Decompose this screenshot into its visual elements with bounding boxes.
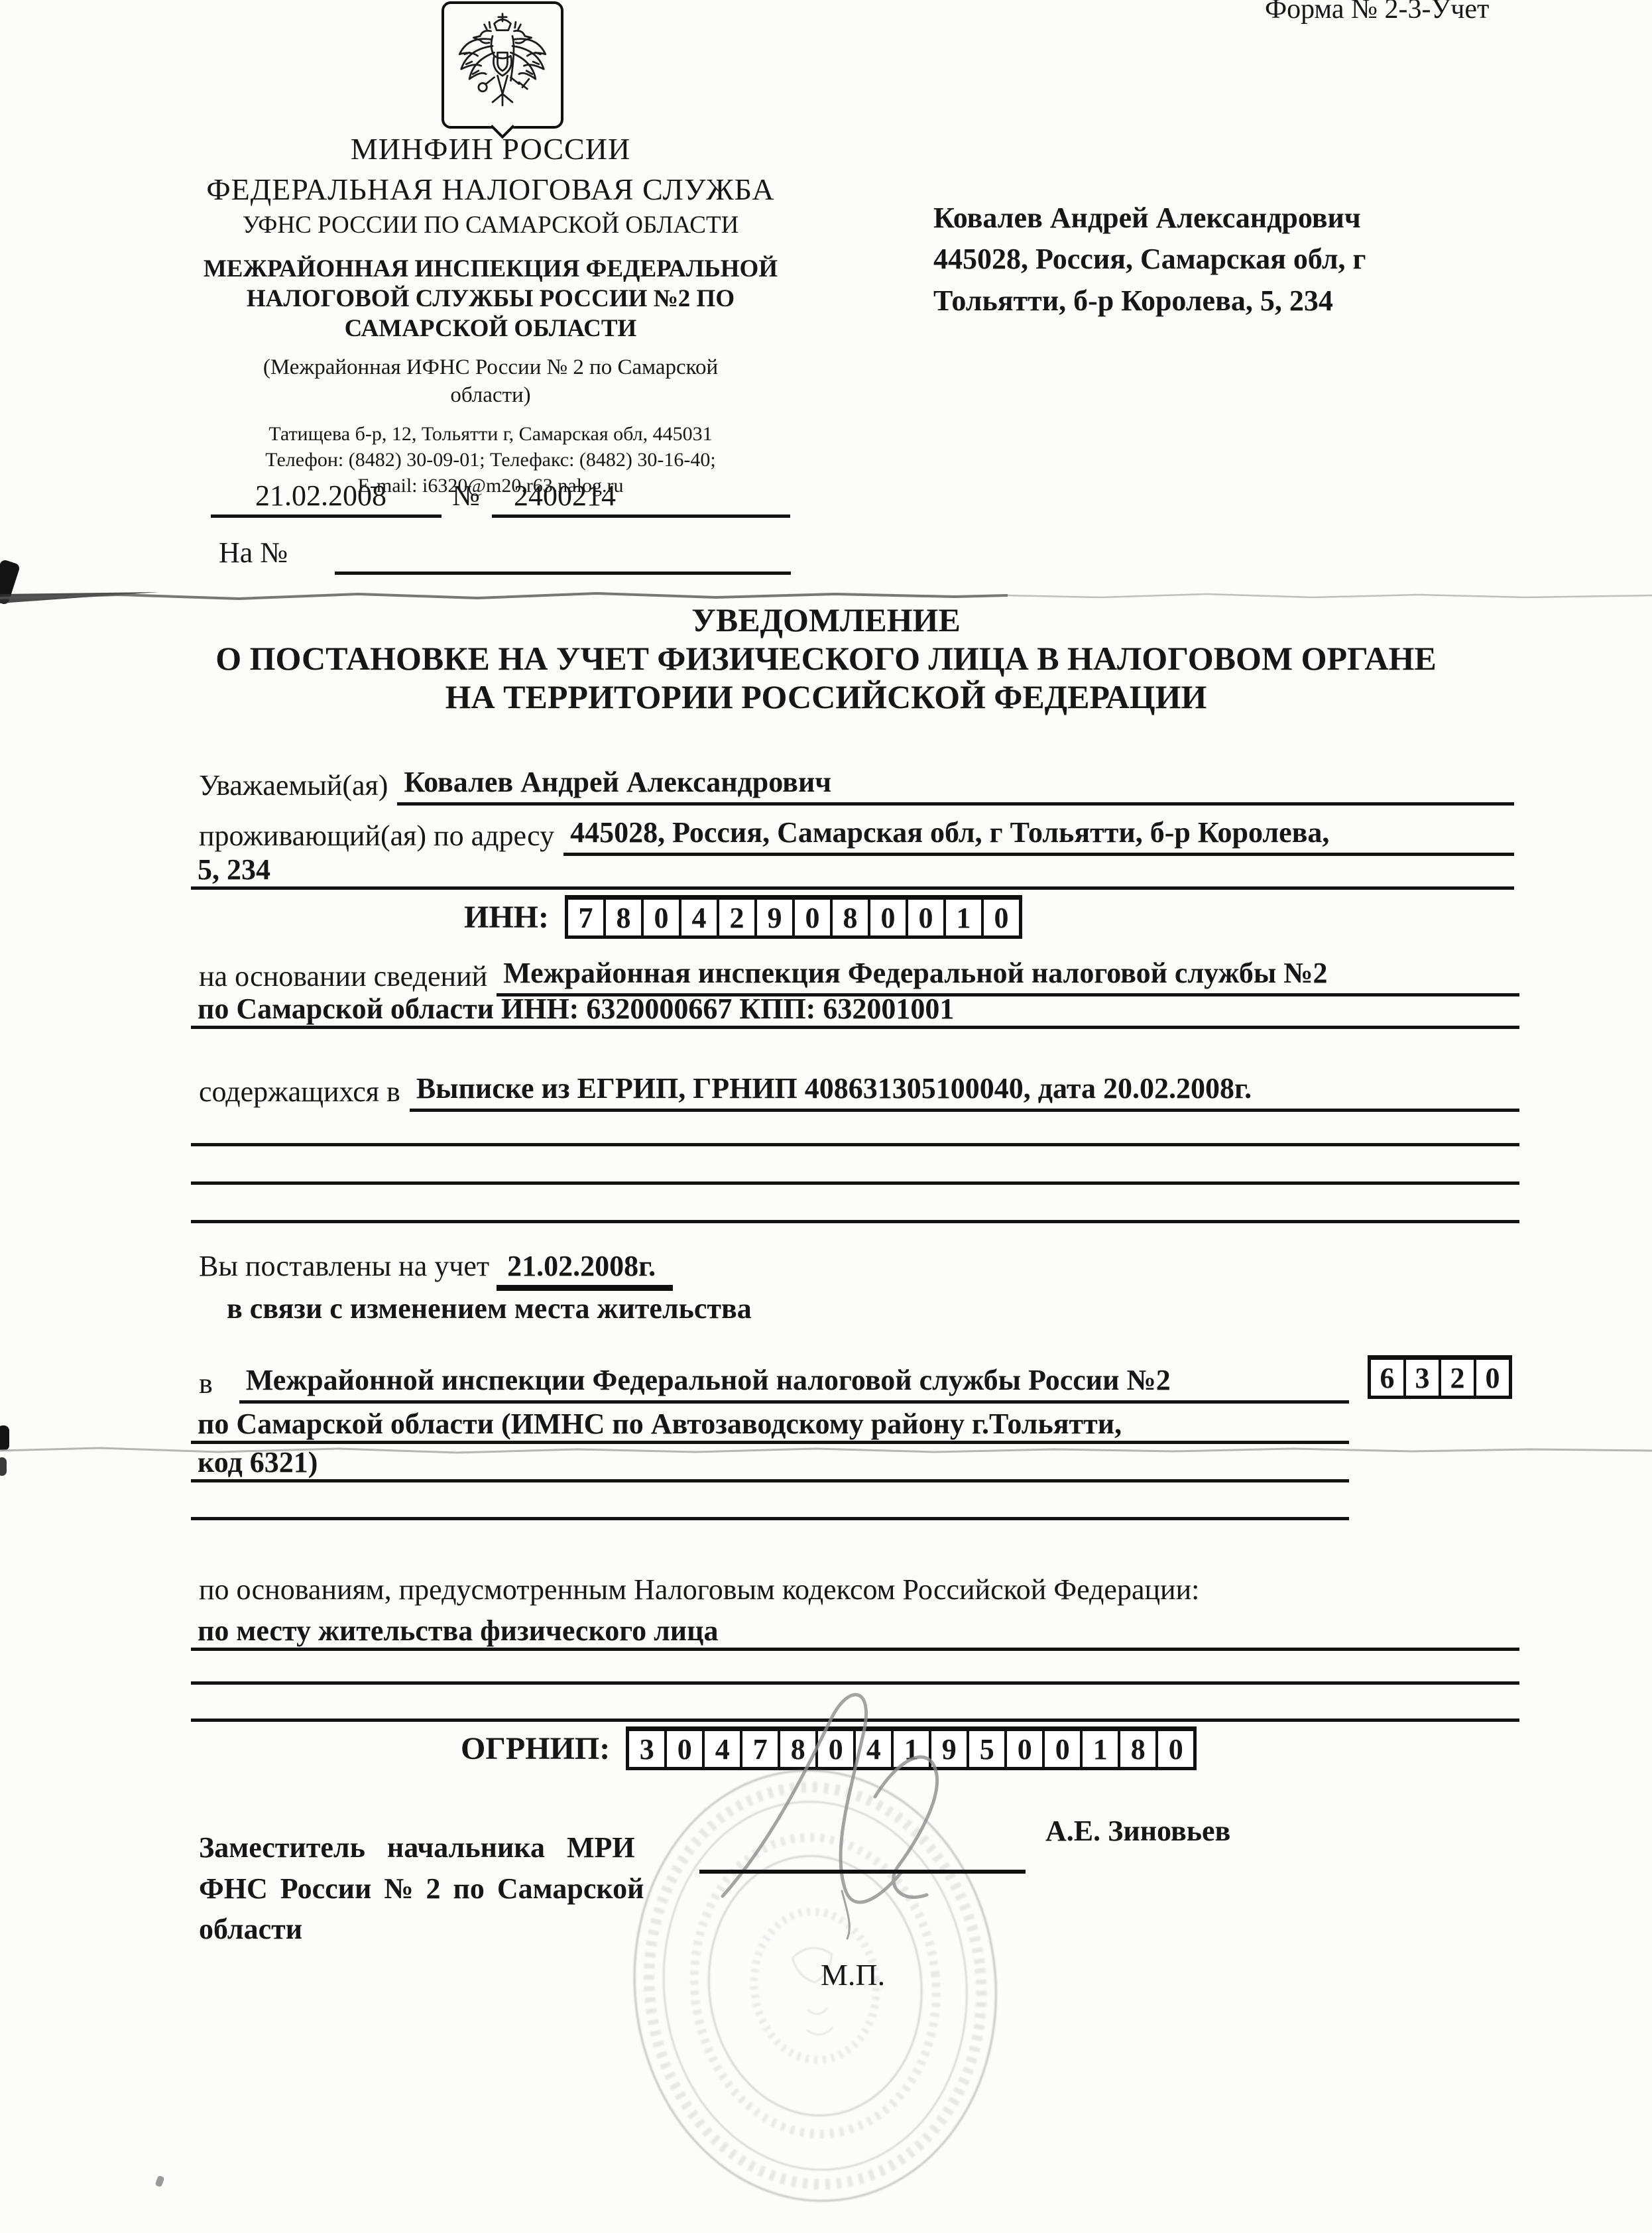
inn-digit-boxes: 7 8 0 4 2 9 0 8 0 0 1 0 — [565, 895, 1022, 939]
grounds-value: по месту жительства физического лица — [191, 1615, 731, 1651]
title-line-2: О ПОСТАНОВКЕ НА УЧЕТ ФИЗИЧЕСКОГО ЛИЦА В … — [0, 639, 1652, 678]
letterhead-ministry: МИНФИН РОССИИ — [166, 131, 815, 166]
contained-underline-fill — [1264, 1109, 1519, 1112]
doc-number-underline — [492, 479, 790, 518]
inspection-underline-3 — [191, 1479, 1349, 1482]
contained-value: Выписке из ЕГРИП, ГРНИП 408631305100040,… — [410, 1073, 1264, 1112]
code-digit: 3 — [1403, 1360, 1439, 1396]
reply-to-underline — [335, 536, 791, 575]
basis-value-2: по Самарской области ИНН: 6320000667 КПП… — [191, 993, 966, 1029]
inn-digit: 8 — [603, 900, 641, 935]
recipient-block: Ковалев Андрей Александрович 445028, Рос… — [933, 198, 1450, 322]
in-label: в — [199, 1368, 239, 1404]
ogrnip-digit: 1 — [1080, 1731, 1118, 1767]
scan-fold-artifact-middle — [0, 1443, 1652, 1459]
basis-line: на основании сведений Межрайонная инспек… — [199, 957, 1519, 996]
letterhead-phone: Телефон: (8482) 30-09-01; Телефакс: (848… — [166, 447, 815, 473]
inspection-underline-fill — [1183, 1400, 1349, 1404]
blank-line — [191, 1191, 1519, 1223]
grounds-underline — [191, 1648, 1519, 1651]
doc-date-underline — [211, 479, 442, 518]
code-digit: 2 — [1439, 1360, 1474, 1396]
signer-position-line-3: области — [199, 1909, 676, 1950]
residing-line: проживающий(ая) по адресу 445028, Россия… — [199, 817, 1514, 856]
letterhead-service: ФЕДЕРАЛЬНАЯ НАЛОГОВАЯ СЛУЖБА — [166, 172, 815, 207]
inn-digit: 0 — [981, 900, 1019, 935]
document-title: УВЕДОМЛЕНИЕ О ПОСТАНОВКЕ НА УЧЕТ ФИЗИЧЕС… — [0, 601, 1652, 716]
scan-edge-mark — [0, 1457, 7, 1476]
blank-line — [191, 1152, 1519, 1185]
letterhead-address: Татищева б-р, 12, Тольятти г, Самарская … — [166, 421, 815, 447]
salutation-label: Уважаемый(ая) — [199, 770, 397, 806]
emblem-frame — [442, 1, 563, 129]
inspection-line-2: НАЛОГОВОЙ СЛУЖБЫ РОССИИ №2 ПО — [166, 284, 815, 314]
ogrnip-label: ОГРНИП: — [461, 1730, 610, 1767]
reply-to-label: На № — [219, 536, 288, 570]
salutation-line: Уважаемый(ая) Ковалев Андрей Александров… — [199, 766, 1514, 806]
basis-value-1: Межрайонная инспекция Федеральной налого… — [497, 957, 1339, 996]
recipient-name: Ковалев Андрей Александрович — [933, 198, 1450, 239]
code-digit: 0 — [1474, 1360, 1509, 1396]
signer-position-line-1: Заместитель начальника МРИ — [199, 1827, 676, 1868]
contained-line: содержащихся в Выписке из ЕГРИП, ГРНИП 4… — [199, 1073, 1519, 1112]
inspection-line-3: САМАРСКОЙ ОБЛАСТИ — [166, 314, 815, 343]
signature — [676, 1671, 1047, 1949]
residing-value: 445028, Россия, Самарская обл, г Тольятт… — [563, 817, 1341, 856]
letterhead: МИНФИН РОССИИ ФЕДЕРАЛЬНАЯ НАЛОГОВАЯ СЛУЖ… — [166, 131, 815, 499]
residing-label: проживающий(ая) по адресу — [199, 820, 563, 856]
ogrnip-digit: 3 — [629, 1731, 664, 1767]
inn-digit: 8 — [830, 900, 868, 935]
inn-digit: 4 — [679, 900, 717, 935]
recipient-address-line2: Тольятти, б-р Королева, 5, 234 — [933, 280, 1450, 322]
signer-position: Заместитель начальника МРИ ФНС России № … — [199, 1827, 676, 1950]
inn-digit: 9 — [754, 900, 792, 935]
letterhead-inspection-name: МЕЖРАЙОННАЯ ИНСПЕКЦИЯ ФЕДЕРАЛЬНОЙ НАЛОГО… — [166, 254, 815, 343]
basis-label: на основании сведений — [199, 961, 497, 996]
title-line-3: НА ТЕРРИТОРИИ РОССИЙСКОЙ ФЕДЕРАЦИИ — [0, 678, 1652, 716]
stamp-place-label: М.П. — [821, 1957, 885, 1992]
inn-digit: 0 — [906, 900, 943, 935]
inn-digit: 7 — [568, 900, 603, 935]
inn-digit: 1 — [943, 900, 981, 935]
registered-line: Вы поставлены на учет 21.02.2008г. — [199, 1249, 673, 1283]
inspection-value-1: Межрайонной инспекции Федеральной налого… — [239, 1364, 1183, 1404]
inn-digit: 0 — [868, 900, 906, 935]
residing-line-2: 5, 234 — [191, 854, 1514, 890]
salutation-underline-fill — [843, 802, 1514, 806]
registration-reason: в связи с изменением места жительства — [227, 1292, 752, 1325]
residing-underline-2 — [191, 886, 1514, 890]
registered-label: Вы поставлены на учет — [199, 1250, 489, 1282]
salutation-value: Ковалев Андрей Александрович — [397, 766, 843, 806]
code-digit: 6 — [1371, 1360, 1403, 1396]
inspection-line-2: по Самарской области (ИМНС по Автозаводс… — [191, 1408, 1349, 1444]
inspection-value-2: по Самарской области (ИМНС по Автозаводс… — [191, 1408, 1134, 1444]
coat-of-arms-icon — [453, 11, 552, 119]
inspection-short-line-2: области) — [166, 382, 815, 409]
inn-digit: 0 — [792, 900, 830, 935]
signature-line — [699, 1837, 1026, 1874]
form-number-label: Форма № 2-3-Учет — [1265, 0, 1489, 25]
grounds-line: по месту жительства физического лица — [191, 1615, 1519, 1651]
inn-digit: 0 — [641, 900, 679, 935]
ogrnip-digit: 0 — [1042, 1731, 1080, 1767]
ogrnip-digit: 0 — [1155, 1731, 1193, 1767]
basis-line-2: по Самарской области ИНН: 6320000667 КПП… — [191, 993, 1519, 1029]
signer-position-line-2: ФНС России № 2 по Самарской — [199, 1868, 676, 1909]
inn-field: ИНН: 7 8 0 4 2 9 0 8 0 0 1 0 — [464, 895, 1022, 939]
blank-line — [191, 1114, 1519, 1146]
scan-speck — [155, 2175, 165, 2187]
basis-underline-2 — [191, 1026, 1519, 1029]
title-line-1: УВЕДОМЛЕНИЕ — [0, 601, 1652, 639]
residing-value-2: 5, 234 — [191, 854, 282, 890]
tax-office-code-boxes: 6 3 2 0 — [1368, 1355, 1512, 1399]
scanned-document-page: Форма № 2-3-Учет МИНФИН РОССИ — [0, 0, 1652, 2233]
letterhead-inspection-short: (Межрайонная ИФНС России № 2 по Самарско… — [166, 354, 815, 409]
inn-label: ИНН: — [464, 899, 549, 935]
letterhead-ufns: УФНС РОССИИ ПО САМАРСКОЙ ОБЛАСТИ — [166, 211, 815, 239]
recipient-address-line1: 445028, Россия, Самарская обл, г — [933, 239, 1450, 280]
number-sign: № — [452, 479, 480, 513]
inn-digit: 2 — [717, 900, 754, 935]
signer-name: А.Е. Зиновьев — [1045, 1814, 1230, 1848]
inspection-short-line-1: (Межрайонная ИФНС России № 2 по Самарско… — [166, 354, 815, 381]
blank-line — [191, 1488, 1349, 1520]
inspection-line-1: МЕЖРАЙОННАЯ ИНСПЕКЦИЯ ФЕДЕРАЛЬНОЙ — [166, 254, 815, 284]
inspection-line: в Межрайонной инспекции Федеральной нало… — [199, 1364, 1349, 1404]
contained-label: содержащихся в — [199, 1076, 410, 1112]
ogrnip-digit: 8 — [1118, 1731, 1155, 1767]
grounds-label: по основаниям, предусмотренным Налоговым… — [199, 1573, 1199, 1606]
registered-date: 21.02.2008г. — [497, 1250, 673, 1291]
